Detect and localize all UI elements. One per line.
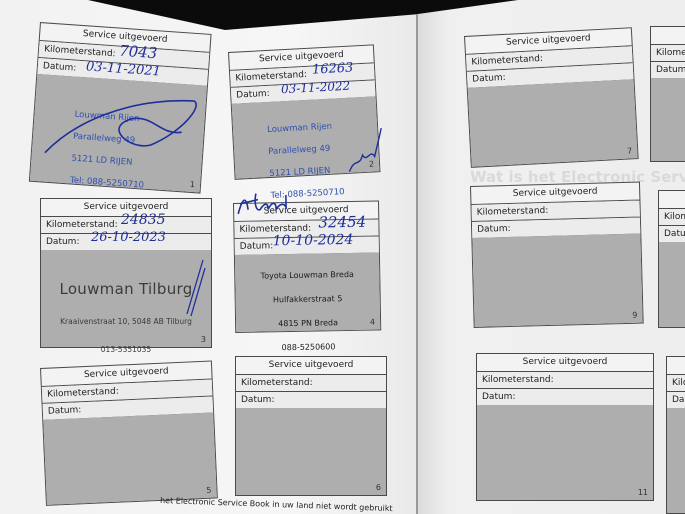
card-number: 2	[369, 160, 375, 169]
km-row: Kilometer	[651, 45, 685, 62]
signature-icon	[343, 126, 385, 176]
stamp-area: Louwman Rijen Parallelweg 49 5121 LD RIJ…	[30, 74, 207, 193]
date-label: Datum:	[472, 73, 506, 85]
stamp-area: 7	[468, 79, 638, 167]
card-header: Service uitgevoerd	[236, 357, 386, 375]
date-label: Da	[672, 395, 684, 405]
card-number: 1	[190, 180, 196, 189]
date-value: 10-10-2024	[273, 232, 354, 249]
stamp-line: Tel: 088-5250710	[70, 175, 200, 195]
date-row: Da	[667, 392, 685, 409]
date-row: Datum: 26-10-2023	[41, 234, 211, 251]
service-card-3: Service uitgevoerd Kilometerstand: 24835…	[40, 198, 212, 348]
km-label: Kilometerstand:	[482, 375, 554, 385]
km-label: Kilom	[664, 212, 685, 222]
km-label: Kilometerstand:	[44, 44, 116, 59]
km-value: 32454	[318, 214, 366, 231]
date-label: Datum:	[236, 89, 270, 101]
service-card-2: Service uitgevoerd Kilometerstand: 16263…	[228, 44, 380, 179]
card-number: 3	[201, 335, 206, 344]
service-card-12: Kilo Da	[666, 356, 685, 514]
stamp-area: Toyota Louwman Breda Hulfakkerstraat 5 4…	[235, 252, 380, 332]
service-card-7: Service uitgevoerd Kilometerstand: Datum…	[464, 27, 639, 168]
card-header	[659, 191, 685, 209]
date-label: Datum:	[46, 237, 79, 247]
stamp-line: 4815 PN Breda	[236, 316, 380, 331]
card-number: 6	[376, 483, 381, 492]
signature-icon	[234, 189, 294, 218]
km-label: Kilometerstand:	[47, 387, 119, 400]
service-card-4: Service uitgevoerd Kilometerstand: 32454…	[233, 200, 381, 333]
stamp-area: Louwman Tilburg Kraaivenstraat 10, 5048 …	[41, 250, 211, 347]
date-label: Datum:	[43, 61, 77, 73]
stamp-area: 5	[43, 412, 217, 504]
date-label: Datum:	[240, 241, 274, 252]
service-card-6: Service uitgevoerd Kilometerstand: Datum…	[235, 356, 387, 496]
km-label: Kilo	[672, 378, 685, 388]
km-row: Kilo	[667, 375, 685, 392]
km-value: 24835	[121, 212, 166, 228]
date-label: Datum:	[482, 392, 515, 402]
service-card-8: Kilometer Datum:	[650, 26, 685, 162]
stamp-area: 6	[236, 408, 386, 495]
date-row: Datum:	[236, 392, 386, 409]
stamp-line: 088-5250600	[236, 340, 380, 355]
km-value: 7043	[119, 43, 158, 62]
stamp-line: Toyota Louwman Breda	[235, 268, 379, 283]
card-number: 9	[632, 311, 637, 320]
stamp-line: Hulfakkerstraat 5	[236, 292, 380, 307]
stamp-area	[651, 78, 685, 161]
date-row: Datum:	[477, 389, 653, 406]
km-value: 16263	[312, 60, 354, 78]
signature-icon	[39, 82, 204, 173]
card-number: 4	[370, 318, 375, 327]
km-label: Kilometerstand:	[471, 54, 543, 68]
footer-text: het Electronic Service Book in uw land n…	[160, 496, 393, 513]
km-row: Kilometerstand:	[477, 372, 653, 389]
card-number: 11	[638, 488, 648, 497]
km-row: Kilometerstand:	[236, 375, 386, 392]
signature-icon	[181, 258, 207, 318]
km-row: Kilom	[659, 209, 685, 226]
date-label: Datur	[664, 229, 685, 239]
card-header	[651, 27, 685, 45]
card-number: 5	[206, 486, 211, 495]
stamp-area	[659, 242, 685, 327]
card-header	[667, 357, 685, 375]
service-card-1: Service uitgevoerd Kilometerstand: 7043 …	[29, 22, 212, 194]
right-page: Wat is het Electronic Service Book? Serv…	[418, 0, 685, 514]
date-label: Datum:	[656, 65, 685, 75]
stamp-area: 11	[477, 405, 653, 500]
service-card-9: Service uitgevoerd Kilometerstand: Datum…	[470, 182, 644, 328]
stamp-area	[667, 408, 685, 513]
stamp-area: Louwman Rijen Parallelweg 49 5121 LD RIJ…	[232, 96, 380, 178]
service-card-5: Service uitgevoerd Kilometerstand: Datum…	[40, 360, 218, 505]
service-booklet-photo: Service uitgevoerd Kilometerstand: 7043 …	[0, 0, 685, 514]
date-value: 03-11-2022	[281, 78, 351, 98]
km-label: Kilometerstand:	[46, 220, 118, 230]
km-label: Kilometerstand:	[477, 206, 549, 218]
stamp-line: 013-5351035	[41, 345, 211, 354]
date-row: Datum:	[651, 62, 685, 79]
date-value: 26-10-2023	[91, 230, 166, 246]
date-row: Datur	[659, 226, 685, 243]
card-number: 7	[627, 146, 633, 155]
date-label: Datum:	[477, 224, 511, 235]
stamp-line: Kraaivenstraat 10, 5048 AB Tilburg	[41, 317, 211, 326]
date-label: Datum:	[48, 405, 82, 416]
left-page: Service uitgevoerd Kilometerstand: 7043 …	[0, 0, 420, 514]
service-card-11: Service uitgevoerd Kilometerstand: Datum…	[476, 353, 654, 501]
km-label: Kilometerstand:	[241, 378, 313, 388]
card-header: Service uitgevoerd	[477, 354, 653, 372]
service-card-10: Kilom Datur	[658, 190, 685, 328]
stamp-area: 9	[472, 234, 642, 327]
date-label: Datum:	[241, 395, 274, 405]
km-label: Kilometer	[656, 48, 685, 58]
